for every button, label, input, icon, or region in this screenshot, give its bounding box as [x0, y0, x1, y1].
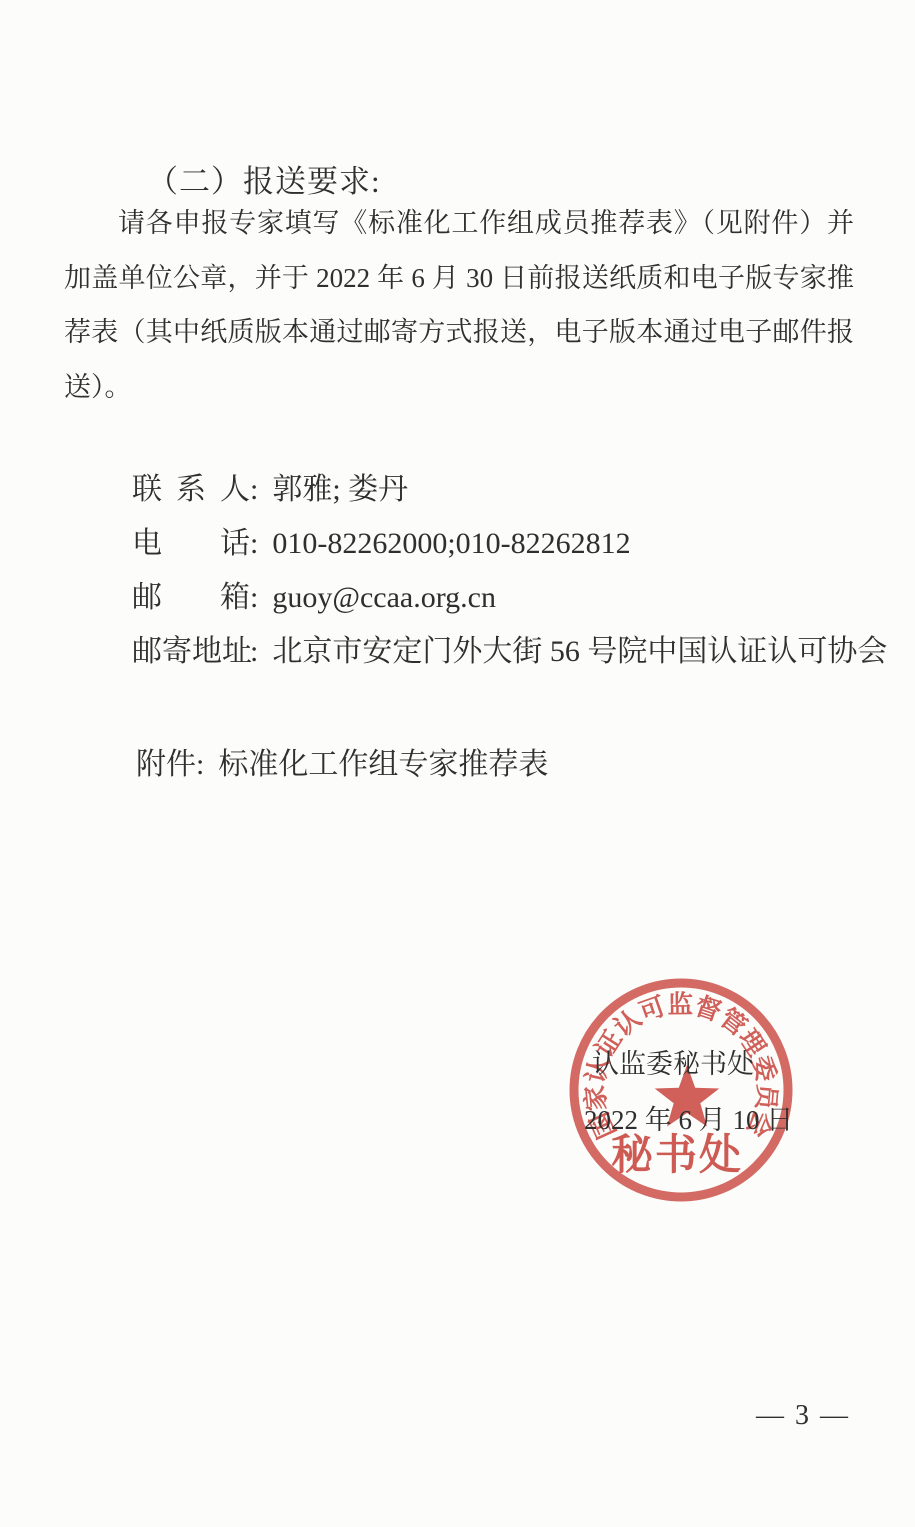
body-paragraph: 请各申报专家填写《标准化工作组成员推荐表》（见附件）并 加盖单位公章，并于 20… — [64, 196, 854, 414]
document-page: （二）报送要求: 请各申报专家填写《标准化工作组成员推荐表》（见附件）并 加盖单… — [0, 0, 915, 1527]
page-number: — 3 — — [756, 1400, 850, 1432]
contact-value: 北京市安定门外大街 56 号院中国认证认可协会 — [272, 635, 887, 668]
contact-label: 联系人 — [132, 463, 250, 517]
contact-label: 邮寄地址 — [132, 625, 250, 679]
official-seal-stamp: 国家认证认可监督管理委员会 秘书处 — [561, 972, 801, 1212]
signature-date: 2022 年 6 月 10 日 — [584, 1098, 793, 1137]
paragraph-line: 加盖单位公章，并于 2022 年 6 月 30 日前报送纸质和电子版专家推 — [64, 251, 854, 306]
paragraph-line: 请各申报专家填写《标准化工作组成员推荐表》（见附件）并 — [64, 196, 854, 251]
contact-row-email: 邮箱:guoy@ccaa.org.cn — [132, 571, 855, 625]
contact-colon: : — [250, 463, 258, 517]
contact-row-address: 邮寄地址:北京市安定门外大街 56 号院中国认证认可协会 — [132, 625, 855, 679]
paragraph-line: 荐表（其中纸质版本通过邮寄方式报送，电子版本通过电子邮件报 — [64, 305, 854, 360]
attachment-label: 附件: — [136, 748, 204, 781]
contact-value: 郭雅; 娄丹 — [272, 473, 408, 506]
contact-label: 邮箱 — [132, 571, 250, 625]
signer-name: 认监委秘书处 — [592, 1042, 754, 1081]
attachment-line: 附件:标准化工作组专家推荐表 — [136, 738, 548, 792]
paragraph-line: 送）。 — [64, 360, 854, 415]
contact-block: 联系人:郭雅; 娄丹 电话:010-82262000;010-82262812 … — [132, 463, 855, 679]
attachment-value: 标准化工作组专家推荐表 — [218, 748, 548, 781]
section-heading: （二）报送要求: — [147, 156, 381, 201]
seal-bottom-text: 秘书处 — [611, 1132, 743, 1179]
contact-colon: : — [250, 625, 258, 679]
contact-label: 电话 — [132, 517, 250, 571]
contact-colon: : — [250, 571, 258, 625]
contact-row-person: 联系人:郭雅; 娄丹 — [132, 463, 855, 517]
contact-row-phone: 电话:010-82262000;010-82262812 — [132, 517, 855, 571]
contact-colon: : — [250, 517, 258, 571]
contact-value: guoy@ccaa.org.cn — [272, 581, 496, 614]
contact-value: 010-82262000;010-82262812 — [272, 527, 630, 560]
